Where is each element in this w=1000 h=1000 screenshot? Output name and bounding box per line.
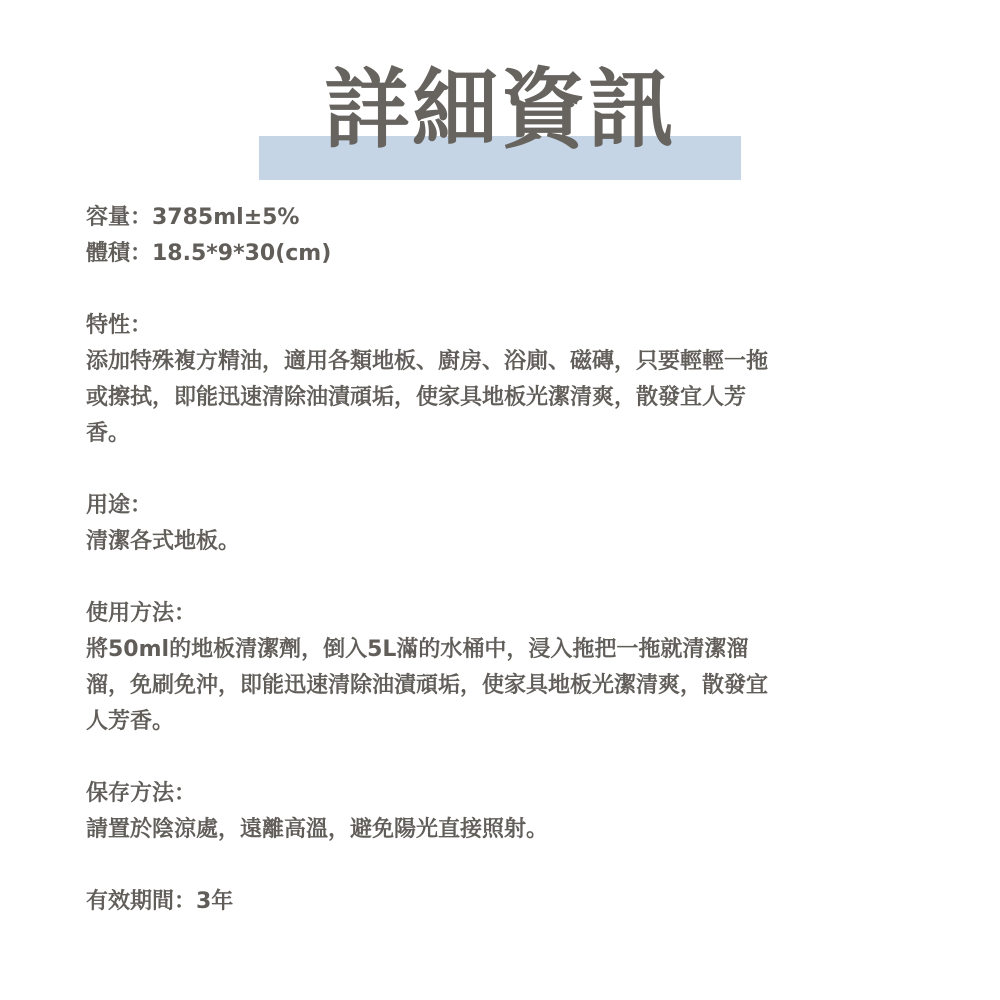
expiry-text: 有效期間：3年 [86, 884, 926, 920]
features-heading: 特性： [86, 308, 926, 344]
method-line-2: 溜，免刷免沖，即能迅速清除油漬頑垢，使家具地板光潔清爽，散發宜 [86, 668, 926, 704]
features-line-1: 添加特殊複方精油，適用各類地板、廚房、浴廁、磁磚，只要輕輕一拖 [86, 344, 926, 380]
features-line-2: 或擦拭，即能迅速清除油漬頑垢，使家具地板光潔清爽，散發宜人芳 [86, 380, 926, 416]
usage-text: 清潔各式地板。 [86, 524, 926, 560]
method-heading: 使用方法： [86, 596, 926, 632]
storage-text: 請置於陰涼處，遠離高溫，避免陽光直接照射。 [86, 812, 926, 848]
title-block: 詳細資訊 [259, 60, 741, 180]
method-line-1: 將50ml的地板清潔劑，倒入5L滿的水桶中，浸入拖把一拖就清潔溜 [86, 632, 926, 668]
capacity-spec: 容量：3785ml±5% [86, 200, 926, 236]
page-title: 詳細資訊 [259, 60, 741, 160]
volume-spec: 體積：18.5*9*30(cm) [86, 236, 926, 272]
storage-heading: 保存方法： [86, 776, 926, 812]
details-content: 容量：3785ml±5% 體積：18.5*9*30(cm) 特性： 添加特殊複方… [86, 200, 926, 920]
usage-heading: 用途： [86, 488, 926, 524]
method-line-3: 人芳香。 [86, 704, 926, 740]
features-line-3: 香。 [86, 416, 926, 452]
